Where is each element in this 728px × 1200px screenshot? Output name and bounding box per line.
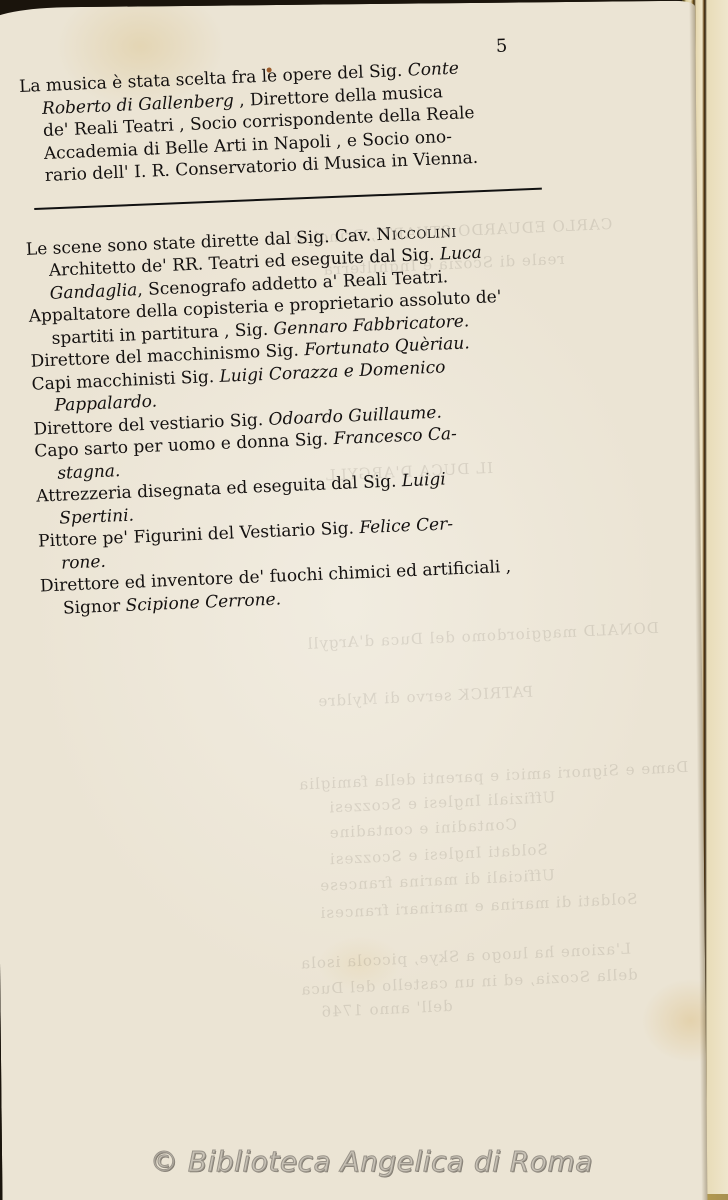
italic-name: Francesco Ca- xyxy=(333,424,457,449)
italic-name: Luigi xyxy=(401,469,446,491)
italic-name: Pappalardo. xyxy=(54,391,157,415)
small-caps-name: Niccolini xyxy=(376,221,457,244)
page-text: 5 La musica è stata scelta fra le opere … xyxy=(18,38,561,620)
production-credits: Le scene sono state dirette dal Sig. Cav… xyxy=(25,217,561,621)
italic-name: rone. xyxy=(61,551,107,573)
italic-name: Conte xyxy=(407,59,459,81)
bleed-through-texture: PATRICK servo di Myldre xyxy=(317,679,534,715)
scanned-page-view: CARLO EDUARDO STUART , Principe reale di… xyxy=(0,0,728,1200)
bleed-through-texture: dell' anno 1746 xyxy=(320,993,453,1025)
italic-name: Luca xyxy=(439,243,482,265)
library-watermark: © Biblioteca Angelica di Roma xyxy=(150,1145,593,1178)
section-rule xyxy=(34,187,542,209)
text-run: Signor xyxy=(63,595,126,618)
bleed-through-texture: DONALD maggiordomo del Duca d'Argyll xyxy=(306,615,659,657)
italic-name: Gandaglia xyxy=(49,280,137,304)
music-credit-paragraph: La musica è stata scelta fra le opere de… xyxy=(19,54,543,188)
italic-name: Spertini. xyxy=(59,505,135,528)
italic-name: Felice Cer- xyxy=(359,514,453,538)
italic-name: stagna. xyxy=(57,461,121,484)
